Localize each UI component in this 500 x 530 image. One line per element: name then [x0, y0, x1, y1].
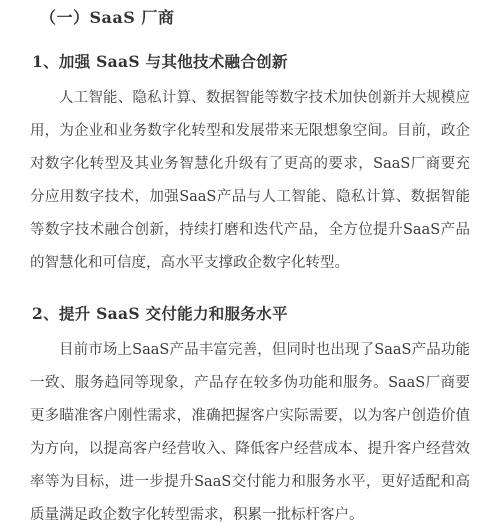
- subsection-2-title: 2、提升 SaaS 交付能力和服务水平: [32, 304, 470, 324]
- subsection-2-body: 目前市场上SaaS产品丰富完善，但同时也出现了SaaS产品功能一致、服务趋同等现…: [30, 334, 470, 530]
- subsection-1-title: 1、加强 SaaS 与其他技术融合创新: [32, 52, 470, 72]
- subsection-1-body: 人工智能、隐私计算、数据智能等数字技术加快创新并大规模应用，为企业和业务数字化转…: [30, 82, 470, 280]
- section-heading: （一）SaaS 厂商: [40, 8, 470, 28]
- document-page: （一）SaaS 厂商 1、加强 SaaS 与其他技术融合创新 人工智能、隐私计算…: [0, 0, 500, 530]
